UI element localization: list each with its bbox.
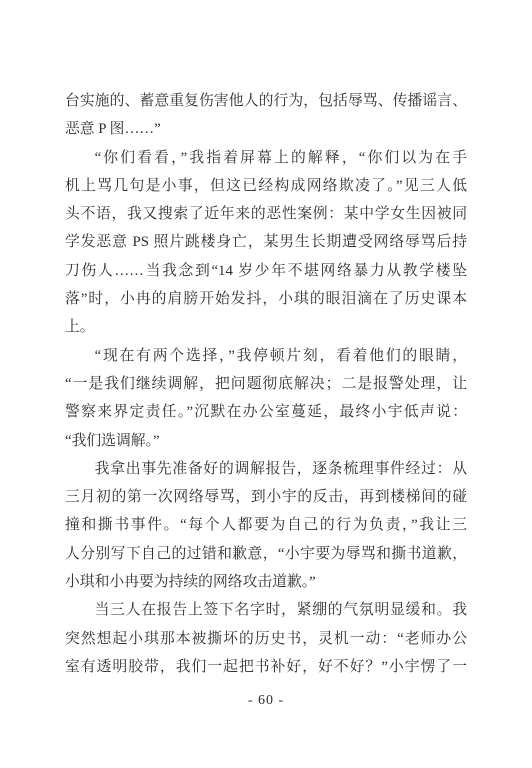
text-line: 学发恶意 PS 照片跳楼身亡，某男生长期遭受网络辱骂后持 <box>65 228 467 256</box>
text-line: 人分别写下自己的过错和歉意，“小宇要为辱骂和撕书道歉， <box>65 540 467 568</box>
text-line: 撞和撕书事件。“每个人都要为自己的行为负责，”我让三 <box>65 511 467 539</box>
text-line: 刀伤人……当我念到“14 岁少年不堪网络暴力从教学楼坠 <box>65 257 467 285</box>
document-page: 台实施的、蓄意重复伤害他人的行为，包括辱骂、传播谣言、 恶意 P 图……” “你… <box>0 0 532 768</box>
text-line: 室有透明胶带，我们一起把书补好，好不好？”小宇愣了一 <box>65 653 467 681</box>
text-line: “一是我们继续调解，把问题彻底解决；二是报警处理，让 <box>65 370 467 398</box>
text-line: 小琪和小冉要为持续的网络攻击道歉。” <box>65 568 467 596</box>
text-line: “你们看看，”我指着屏幕上的解释，“你们以为在手 <box>65 144 467 172</box>
text-line: 上。 <box>65 313 467 341</box>
text-line: “我们选调解。” <box>65 427 467 455</box>
text-line: 我拿出事先准备好的调解报告，逐条梳理事件经过：从 <box>65 455 467 483</box>
page-number: - 60 - <box>0 693 532 709</box>
text-line: 头不语，我又搜索了近年来的恶性案例：某中学女生因被同 <box>65 200 467 228</box>
text-line: 当三人在报告上签下名字时，紧绷的气氛明显缓和。我 <box>65 596 467 624</box>
text-line: 突然想起小琪那本被撕坏的历史书，灵机一动：“老师办公 <box>65 625 467 653</box>
text-line: “现在有两个选择，”我停顿片刻，看着他们的眼睛， <box>65 342 467 370</box>
text-line: 警察来界定责任。”沉默在办公室蔓延，最终小宇低声说： <box>65 398 467 426</box>
text-line: 三月初的第一次网络辱骂，到小宇的反击，再到楼梯间的碰 <box>65 483 467 511</box>
text-line: 恶意 P 图……” <box>65 115 467 143</box>
text-line: 落”时，小冉的肩膀开始发抖，小琪的眼泪滴在了历史课本 <box>65 285 467 313</box>
body-text: 台实施的、蓄意重复伤害他人的行为，包括辱骂、传播谣言、 恶意 P 图……” “你… <box>65 87 467 681</box>
text-line: 台实施的、蓄意重复伤害他人的行为，包括辱骂、传播谣言、 <box>65 87 467 115</box>
text-line: 机上骂几句是小事，但这已经构成网络欺凌了。”见三人低 <box>65 172 467 200</box>
